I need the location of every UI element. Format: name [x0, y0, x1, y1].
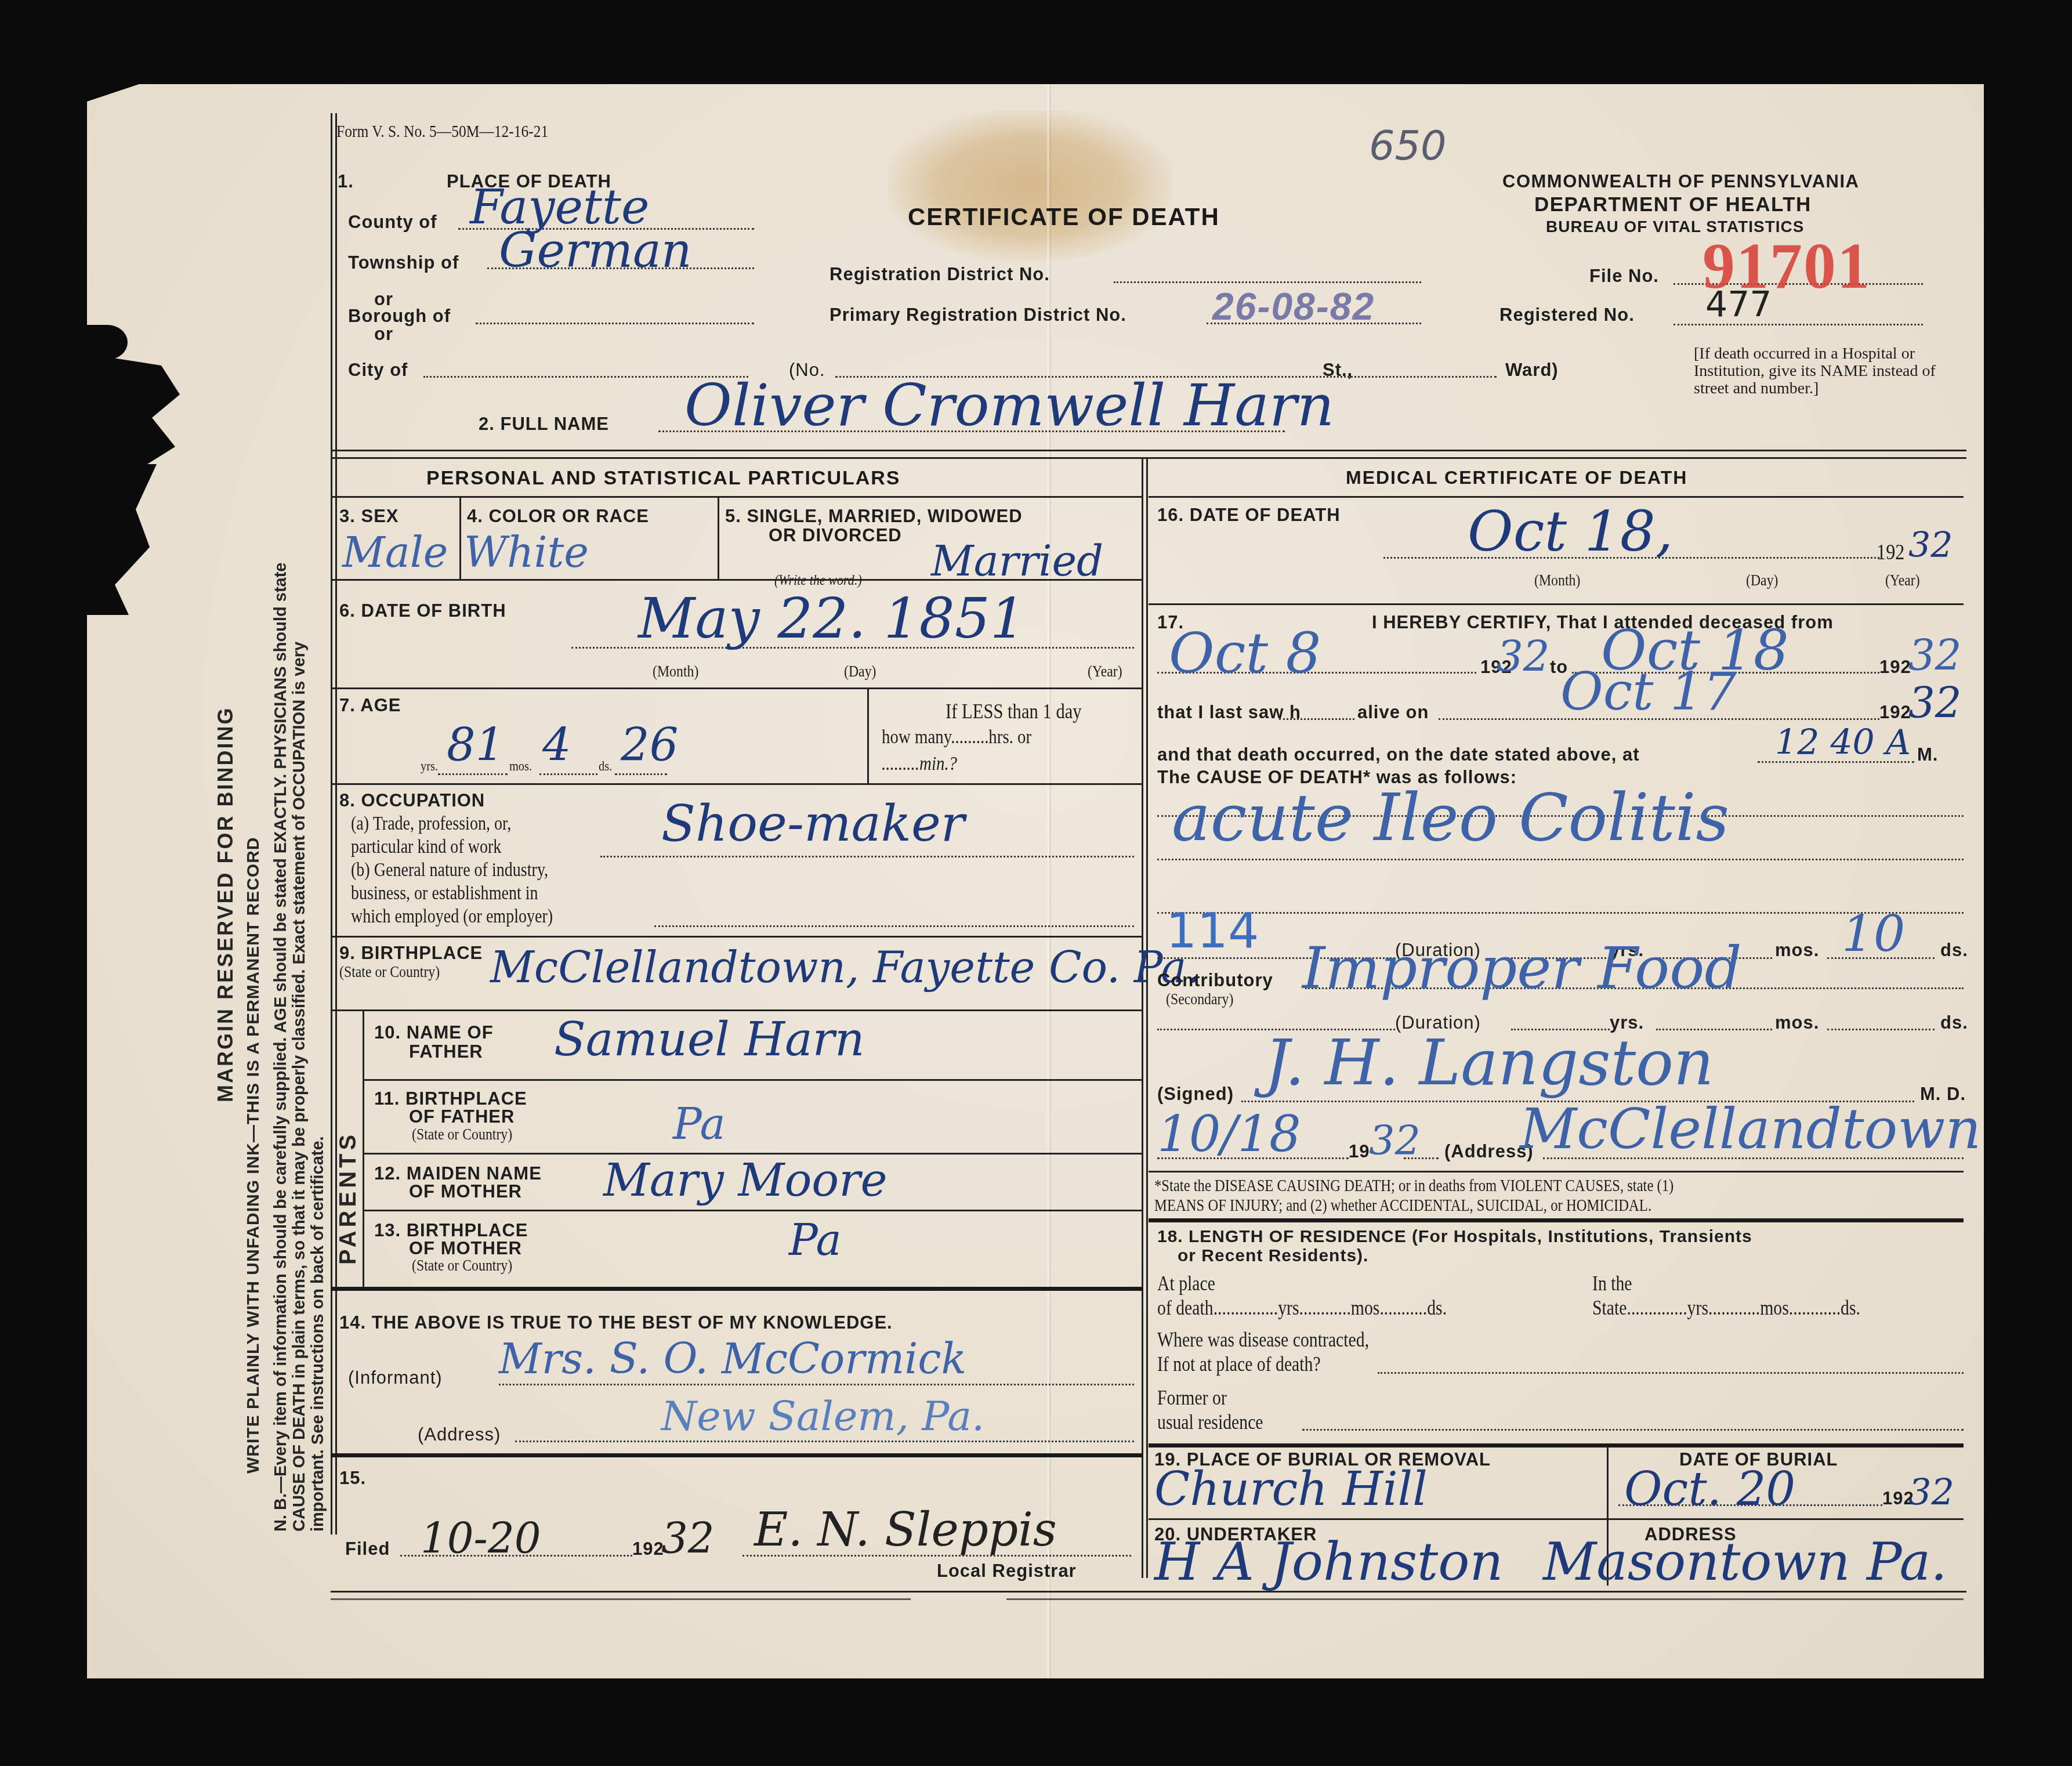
registrar-label: Local Registrar — [937, 1561, 1077, 1582]
sex-value: Male — [342, 528, 448, 577]
death-time-meridiem: M. — [1917, 744, 1938, 765]
occupation-value: Shoe-maker — [661, 795, 965, 853]
informant-address-label: (Address) — [418, 1424, 501, 1445]
age-years: 81 — [447, 719, 504, 772]
father-name-value: Samuel Harn — [554, 1012, 864, 1066]
parents-label: PARENTS — [335, 1131, 361, 1265]
mother-birthplace-value: Pa — [789, 1215, 842, 1265]
birthplace-value: McClellandtown, Fayette Co. Pa. — [490, 943, 1200, 993]
township-value: German — [499, 223, 692, 278]
registered-number: 477 — [1705, 284, 1772, 325]
filed-year-prefix: 192 — [632, 1539, 664, 1559]
informant-heading: 14. THE ABOVE IS TRUE TO THE BEST OF MY … — [339, 1312, 893, 1333]
cause-duration-mos: mos. — [1775, 940, 1819, 961]
contributory-value: Improper Food — [1302, 934, 1741, 1002]
death-year-value: 32 — [1908, 525, 1953, 566]
county-label: County of — [348, 212, 437, 233]
less-than-day-line1: If LESS than 1 day — [946, 699, 1082, 723]
last-saw-date: Oct 17 — [1560, 661, 1737, 722]
informant-value: Mrs. S. O. McCormick — [499, 1334, 966, 1383]
primary-district-stamp: 26-08-82 — [1212, 284, 1375, 328]
occupation-label: 8. OCCUPATION — [339, 790, 485, 811]
footnote-line1: *State the DISEASE CAUSING DEATH; or in … — [1154, 1177, 1673, 1196]
in-state-line1: In the — [1592, 1272, 1632, 1295]
panel-divider — [1142, 458, 1143, 1578]
occupation-b-line2: business, or establishment in — [351, 883, 538, 904]
dob-label: 6. DATE OF BIRTH — [339, 600, 506, 621]
contributory-label: Contributory — [1157, 970, 1273, 991]
filed-section-number: 15. — [339, 1468, 366, 1489]
death-year-prefix: 192 — [1877, 540, 1904, 565]
age-days: 26 — [621, 719, 678, 772]
contracted-line2: If not at place of death? — [1157, 1353, 1321, 1376]
full-name-value: Oliver Cromwell Harn — [684, 371, 1334, 439]
cause-duration-ds: ds. — [1940, 940, 1968, 961]
certificate-title: CERTIFICATE OF DEATH — [908, 203, 1220, 231]
in-state-line2: State..............yrs............mos...… — [1592, 1297, 1860, 1320]
age-yrs-label: yrs. — [421, 759, 438, 775]
filed-label: Filed — [345, 1539, 390, 1559]
pencil-note: 650 — [1369, 122, 1447, 169]
agency-line1: COMMONWEALTH OF PENNSYLVANIA — [1502, 171, 1859, 192]
occupation-a-line2: particular kind of work — [351, 837, 501, 858]
at-place-line2: of death...............yrs............mo… — [1157, 1297, 1447, 1320]
hospital-note: [If death occurred in a Hospital or Inst… — [1694, 345, 1937, 397]
death-time-label: and that death occurred, on the date sta… — [1157, 744, 1640, 765]
burial-year-value: 32 — [1908, 1471, 1954, 1513]
last-saw-year-prefix: 192 — [1879, 702, 1911, 723]
file-no-label: File No. — [1589, 266, 1659, 287]
attended-from-year: 32 — [1497, 632, 1550, 681]
dob-day-label: (Day) — [844, 663, 876, 681]
mother-name-label-line2: OF MOTHER — [409, 1181, 522, 1202]
dob-month-label: (Month) — [653, 663, 698, 681]
occupation-a-line1: (a) Trade, profession, or, — [351, 813, 511, 835]
signed-date: 10/18 — [1157, 1105, 1301, 1163]
torn-edge — [87, 325, 128, 360]
father-birthplace-value: Pa — [673, 1099, 726, 1149]
cause-duration-days: 10 — [1842, 905, 1905, 963]
water-stain — [888, 110, 1172, 261]
contributory-duration-ds: ds. — [1940, 1012, 1968, 1033]
signed-label: (Signed) — [1157, 1084, 1234, 1105]
margin-binding-text: MARGIN RESERVED FOR BINDING — [213, 707, 238, 1102]
mother-birthplace-hint: (State or Country) — [412, 1257, 512, 1275]
marital-label-line1: 5. SINGLE, MARRIED, WIDOWED — [725, 506, 1023, 527]
margin-note-line1: N. B.—Every item of information should b… — [271, 563, 291, 1532]
attended-to-year-prefix: 192 — [1879, 657, 1911, 678]
father-birthplace-label-line2: OF FATHER — [409, 1106, 515, 1127]
birthplace-hint: (State or Country) — [339, 963, 440, 982]
agency-line2: DEPARTMENT OF HEALTH — [1534, 193, 1812, 216]
dob-year-label: (Year) — [1088, 663, 1122, 681]
or-label: or — [374, 324, 393, 345]
form-border-left-inner — [335, 113, 337, 1535]
registration-district-label: Registration District No. — [829, 264, 1050, 285]
margin-ink-text: WRITE PLAINLY WITH UNFADING INK—THIS IS … — [244, 837, 263, 1474]
ward-label: Ward) — [1505, 360, 1559, 381]
marital-label-line2: OR DIVORCED — [769, 525, 902, 546]
borough-label: Borough of — [348, 306, 451, 327]
place-of-death-number: 1. — [338, 171, 354, 192]
father-name-label-line1: 10. NAME OF — [374, 1022, 494, 1043]
secondary-label: (Secondary) — [1166, 990, 1233, 1009]
burial-date-value: Oct. 20 — [1624, 1462, 1795, 1516]
death-year-label: (Year) — [1885, 571, 1920, 590]
filed-date: 10-20 — [421, 1514, 541, 1563]
personal-heading: PERSONAL AND STATISTICAL PARTICULARS — [426, 467, 901, 490]
occupation-b-line3: which employed (or employer) — [351, 906, 553, 928]
race-value: White — [464, 528, 589, 577]
attended-to-year: 32 — [1908, 631, 1962, 680]
footnote-line2: MEANS OF INJURY; and (2) whether ACCIDEN… — [1154, 1196, 1651, 1215]
mother-name-value: Mary Moore — [603, 1155, 888, 1207]
undertaker-address-value: Masontown Pa. — [1543, 1532, 1947, 1593]
age-mos-label: mos. — [509, 759, 532, 775]
residence-heading-line1: 18. LENGTH OF RESIDENCE (For Hospitals, … — [1157, 1227, 1752, 1247]
attended-from-date: Oct 8 — [1169, 621, 1321, 686]
date-of-death-label: 16. DATE OF DEATH — [1157, 505, 1341, 526]
death-day-label: (Day) — [1746, 571, 1778, 590]
burial-place-value: Church Hill — [1154, 1462, 1428, 1516]
dob-value: May 22. 1851 — [638, 586, 1026, 651]
age-ds-label: ds. — [599, 759, 612, 775]
marital-value: Married — [931, 537, 1103, 585]
residence-heading-line2: or Recent Residents). — [1178, 1246, 1368, 1266]
father-name-label-line2: FATHER — [409, 1041, 483, 1062]
contributory-duration-mos: mos. — [1775, 1012, 1819, 1033]
primary-district-label: Primary Registration District No. — [829, 305, 1126, 325]
date-of-death-value: Oct 18, — [1468, 499, 1673, 564]
sex-label: 3. SEX — [339, 506, 399, 527]
father-birthplace-hint: (State or Country) — [412, 1126, 512, 1144]
undertaker-value: H A Johnston — [1154, 1532, 1503, 1593]
race-label: 4. COLOR OR RACE — [467, 506, 649, 527]
former-residence-line1: Former or — [1157, 1387, 1227, 1410]
alive-on-label: alive on — [1357, 702, 1429, 723]
form-border-left — [331, 113, 332, 1535]
former-residence-line2: usual residence — [1157, 1411, 1263, 1434]
occupation-b-line1: (b) General nature of industry, — [351, 860, 548, 881]
informant-label: (Informant) — [348, 1367, 443, 1388]
margin-note-line3: important. See instructions on back of c… — [309, 1136, 328, 1532]
informant-address-value: New Salem, Pa. — [661, 1392, 984, 1440]
less-than-day-line2: how many.........hrs. or — [882, 726, 1031, 748]
physician-signature: J. H. Langston — [1265, 1027, 1714, 1099]
cause-of-death-value: acute Ileo Colitis — [1172, 780, 1729, 856]
less-than-day-line3: .........min.? — [882, 753, 957, 775]
cause-code: 114 — [1166, 902, 1259, 959]
filed-year: 32 — [661, 1514, 715, 1563]
full-name-label: 2. FULL NAME — [479, 414, 609, 435]
age-label: 7. AGE — [339, 695, 401, 716]
medical-heading: MEDICAL CERTIFICATE OF DEATH — [1346, 467, 1687, 488]
birthplace-label: 9. BIRTHPLACE — [339, 943, 483, 964]
registered-no-label: Registered No. — [1499, 305, 1635, 325]
at-place-line1: At place — [1157, 1272, 1215, 1295]
registrar-signature: E. N. Sleppis — [754, 1503, 1057, 1557]
age-months: 4 — [542, 719, 571, 772]
signed-year-prefix: 19 — [1349, 1141, 1370, 1162]
physician-address-value: McClellandtown — [1520, 1096, 1981, 1161]
form-number: Form V. S. No. 5—50M—12-16-21 — [336, 122, 548, 142]
mother-birthplace-label-line2: OF MOTHER — [409, 1238, 522, 1259]
death-time-value: 12 40 A — [1775, 722, 1911, 763]
death-month-label: (Month) — [1534, 571, 1580, 590]
last-saw-year: 32 — [1908, 679, 1962, 728]
contracted-line1: Where was disease contracted, — [1157, 1329, 1369, 1352]
margin-note-line2: CAUSE OF DEATH in plain terms, so that i… — [290, 642, 309, 1532]
city-label: City of — [348, 360, 408, 381]
township-label: Township of — [348, 252, 459, 273]
